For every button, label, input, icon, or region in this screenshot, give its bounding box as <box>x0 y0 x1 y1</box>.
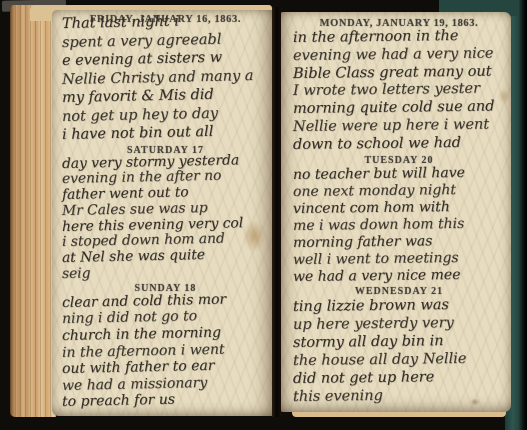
handwritten-line: stormy all day bin in <box>293 331 505 352</box>
page-left-content: FRIDAY, JANUARY 16, 1863. That last nigh… <box>52 10 273 416</box>
handwritten-line: ting lizzie brown was <box>293 295 505 316</box>
page-right-content: MONDAY, JANUARY 19, 1863. in the afterno… <box>281 12 511 412</box>
handwritten-line: the house all day Nellie <box>293 349 505 370</box>
handwritten-line: in the afternoon in the <box>293 27 505 47</box>
diary-photograph: FRIDAY, JANUARY 16, 1863. That last nigh… <box>0 0 527 430</box>
handwritten-line: morning father was <box>293 232 505 252</box>
handwritten-line: up here yesterdy very <box>293 313 505 334</box>
diary-entry-tuesday-20: TUESDAY 20 no teacher but will haveone n… <box>293 155 505 286</box>
handwritten-line: i have not bin out all <box>62 122 269 145</box>
handwritten-line: did not get up here <box>293 367 505 388</box>
handwritten-line: me i was down hom this <box>293 215 505 235</box>
handwritten-line: well i went to meetings <box>293 249 505 269</box>
diary-entry-saturday-17: SATURDAY 17 day very stormy yesterdaeven… <box>62 145 269 283</box>
handwritten-line: down to school we had <box>293 134 505 154</box>
handwritten-line: we had a very nice mee <box>293 266 505 286</box>
diary-entry-wednesday-21: WEDNESDAY 21 ting lizzie brown wasup her… <box>293 286 505 406</box>
diary-page-right: MONDAY, JANUARY 19, 1863. in the afterno… <box>281 12 511 412</box>
handwritten-line: one next monday night <box>293 181 505 201</box>
handwritten-entry-text: That last night ispent a very agreeable … <box>62 15 269 145</box>
diary-entry-sunday-18: SUNDAY 18 clear and cold this morning i … <box>62 283 269 411</box>
diary-page-left: FRIDAY, JANUARY 16, 1863. That last nigh… <box>52 10 273 416</box>
handwritten-line: to preach for us <box>62 390 269 411</box>
handwritten-line: this evening <box>293 385 505 406</box>
handwritten-line: evening we had a very nice <box>293 45 505 65</box>
handwritten-entry-text: no teacher but will haveone next monday … <box>293 167 505 286</box>
handwritten-line: no teacher but will have <box>293 164 505 184</box>
handwritten-line: seig <box>62 263 269 283</box>
handwritten-entry-text: ting lizzie brown wasup here yesterdy ve… <box>293 298 505 406</box>
handwritten-line: Nellie were up here i went <box>293 116 505 136</box>
handwritten-entry-text: day very stormy yesterdaevening in the a… <box>62 157 269 283</box>
diary-entry-friday-jan-16: FRIDAY, JANUARY 16, 1863. That last nigh… <box>62 14 269 145</box>
handwritten-line: vincent com hom with <box>293 198 505 218</box>
handwritten-entry-text: clear and cold this morning i did not go… <box>62 295 269 411</box>
page-edge-stack <box>10 5 56 417</box>
handwritten-entry-text: in the afternoon in theevening we had a … <box>293 30 505 155</box>
diary-entry-monday-jan-19: MONDAY, JANUARY 19, 1863. in the afterno… <box>293 18 505 155</box>
